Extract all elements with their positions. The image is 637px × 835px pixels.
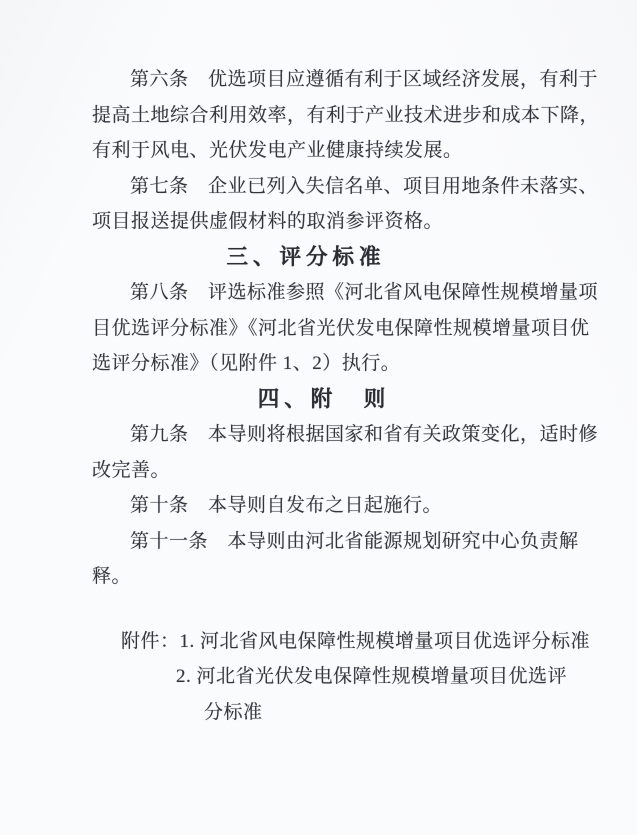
doc-line: 释。 xyxy=(92,559,584,595)
attachments-block: 附件：1. 河北省风电保障性规模增量项目优选评分标准 2. 河北省光伏发电保障性… xyxy=(92,624,584,731)
document-body: 第六条 优选项目应遵循有利于区域经济发展，有利于 提高土地综合利用效率，有利于产… xyxy=(92,62,584,730)
doc-line-article-7: 第七条 企业已列入失信名单、项目用地条件未落实、 xyxy=(92,169,584,205)
attachment-line-2: 2. 河北省光伏发电保障性规模增量项目优选评 xyxy=(92,659,584,695)
section-heading-scoring-criteria: 三、评分标准 xyxy=(60,240,552,276)
doc-line: 目优选评分标准》《河北省光伏发电保障性规模增量项目优 xyxy=(92,311,584,347)
attachment-line-1: 附件：1. 河北省风电保障性规模增量项目优选评分标准 xyxy=(92,624,584,660)
doc-line: 改完善。 xyxy=(92,453,584,489)
attachment-line-3: 分标准 xyxy=(92,695,584,731)
doc-line-article-6: 第六条 优选项目应遵循有利于区域经济发展，有利于 xyxy=(92,62,584,98)
doc-line: 提高土地综合利用效率，有利于产业技术进步和成本下降， xyxy=(92,98,584,134)
doc-line: 项目报送提供虚假材料的取消参评资格。 xyxy=(92,204,584,240)
doc-line-article-11: 第十一条 本导则由河北省能源规划研究中心负责解 xyxy=(92,524,584,560)
doc-line: 有利于风电、光伏发电产业健康持续发展。 xyxy=(92,133,584,169)
doc-line-article-8: 第八条 评选标准参照《河北省风电保障性规模增量项 xyxy=(92,275,584,311)
doc-line-article-9: 第九条 本导则将根据国家和省有关政策变化，适时修 xyxy=(92,417,584,453)
doc-line: 选评分标准》（见附件 1、2）执行。 xyxy=(92,346,584,382)
doc-line-article-10: 第十条 本导则自发布之日起施行。 xyxy=(92,488,584,524)
scanned-document-page: 第六条 优选项目应遵循有利于区域经济发展，有利于 提高土地综合利用效率，有利于产… xyxy=(0,0,637,835)
section-heading-supplementary: 四、附 则 xyxy=(78,382,570,418)
